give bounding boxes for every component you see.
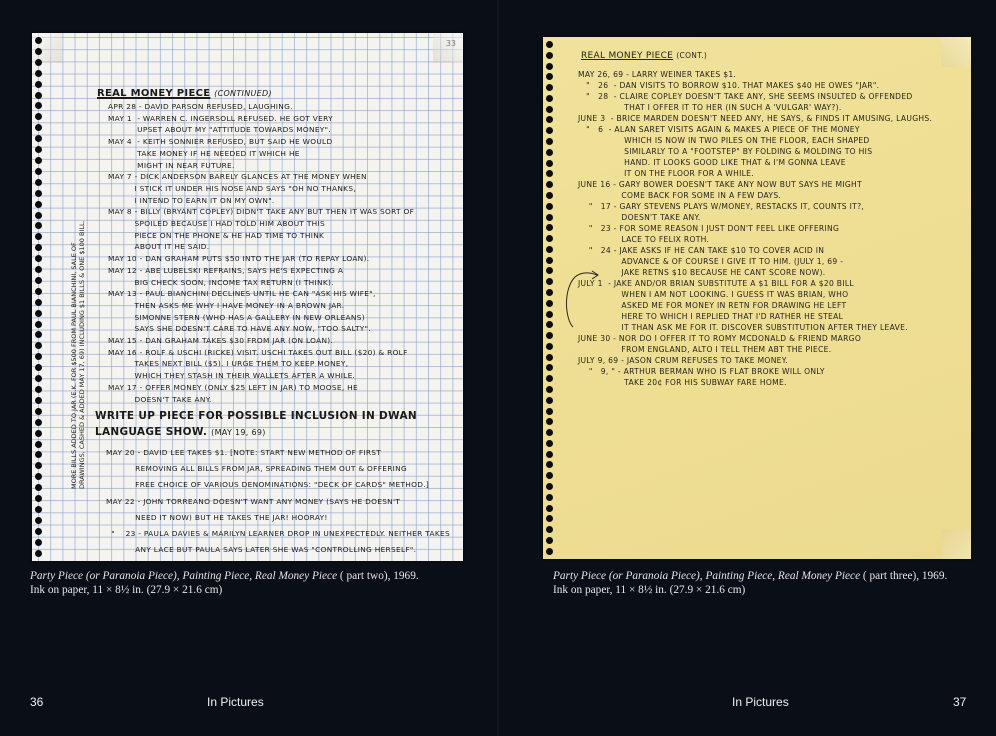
spiral-hole bbox=[546, 73, 553, 80]
handwritten-line: " 17 - GARY STEVENS PLAYS W/MONEY, RESTA… bbox=[578, 201, 932, 212]
spiral-hole bbox=[35, 190, 42, 197]
title-suffix: (CONTINUED) bbox=[214, 89, 272, 98]
handwritten-line: " 23 - PAULA DAVIES & MARILYN LEARNER DR… bbox=[106, 526, 450, 542]
caption-date: ( part three), 1969. bbox=[860, 570, 947, 582]
spiral-hole bbox=[546, 397, 553, 404]
spiral-hole bbox=[546, 52, 553, 59]
spiral-hole bbox=[546, 526, 553, 533]
spiral-holes bbox=[35, 37, 44, 557]
spiral-hole bbox=[35, 321, 42, 328]
left-caption: Party Piece (or Paranoia Piece), Paintin… bbox=[30, 570, 419, 597]
spiral-hole bbox=[546, 440, 553, 447]
handwritten-line: THEN ASKS ME WHY I HAVE MONEY IN A BROWN… bbox=[108, 300, 414, 312]
spiral-holes bbox=[546, 41, 555, 555]
spiral-hole bbox=[35, 310, 42, 317]
handwritten-line: " 23 - FOR SOME REASON I JUST DON'T FEEL… bbox=[578, 223, 932, 234]
right-caption: Party Piece (or Paranoia Piece), Paintin… bbox=[553, 570, 947, 597]
spiral-hole bbox=[546, 95, 553, 102]
handwritten-line: WHEN I AM NOT LOOKING. I GUESS IT WAS BR… bbox=[578, 289, 932, 300]
handwritten-line: MIGHT IN NEAR FUTURE. bbox=[108, 160, 414, 172]
spiral-hole bbox=[35, 430, 42, 437]
spiral-hole bbox=[35, 506, 42, 513]
spiral-hole bbox=[35, 419, 42, 426]
spiral-hole bbox=[35, 299, 42, 306]
handwritten-line: I STICK IT UNDER HIS NOSE AND SAYS "OH N… bbox=[108, 183, 414, 195]
corner-fold bbox=[941, 529, 971, 559]
spiral-hole bbox=[35, 37, 42, 44]
handwritten-line: JULY 1 - JAKE AND/OR BRIAN SUBSTITUTE A … bbox=[578, 278, 932, 289]
spiral-hole bbox=[35, 364, 42, 371]
handwritten-line: MAY 12 - ABE LUBELSKI REFRAINS, SAYS HE'… bbox=[108, 265, 414, 277]
handwritten-line: REMOVING ALL BILLS FROM JAR, SPREADING T… bbox=[106, 461, 450, 477]
spiral-hole bbox=[546, 214, 553, 221]
corner-fold bbox=[433, 33, 463, 63]
spiral-hole bbox=[546, 354, 553, 361]
page-number-right: 37 bbox=[953, 695, 966, 709]
handwritten-line: JUNE 30 - NOR DO I OFFER IT TO ROMY McDO… bbox=[578, 333, 932, 344]
margin-note: MORE BILLS ADDED TO JAR (E.K. FOR $500 F… bbox=[70, 220, 86, 489]
spiral-hole bbox=[546, 41, 553, 48]
handwritten-entries: MAY 26, 69 - LARRY WEINER TAKES $1. " 26… bbox=[578, 69, 932, 388]
handwritten-line: HERE TO WHICH I REPLIED THAT I'D RATHER … bbox=[578, 311, 932, 322]
spiral-hole bbox=[546, 203, 553, 210]
spiral-hole bbox=[546, 63, 553, 70]
spiral-hole bbox=[546, 84, 553, 91]
handwritten-line: SIMONNE STERN (WHO HAS A GALLERY IN NEW … bbox=[108, 312, 414, 324]
handwritten-entries: APR 28 - DAVID PARSON REFUSED, LAUGHING.… bbox=[108, 101, 414, 405]
write-up-note: WRITE UP PIECE FOR POSSIBLE INCLUSION IN… bbox=[95, 408, 417, 441]
spiral-hole bbox=[546, 160, 553, 167]
sheet-page-number: 33 bbox=[446, 39, 456, 48]
spiral-hole bbox=[35, 146, 42, 153]
handwritten-line: IT ON THE FLOOR FOR A WHILE. bbox=[578, 168, 932, 179]
spiral-hole bbox=[35, 462, 42, 469]
handwritten-line: LACE TO FELIX ROTH. bbox=[578, 234, 932, 245]
caption-medium: Ink on paper, 11 × 8½ in. (27.9 × 21.6 c… bbox=[553, 584, 947, 598]
title-suffix: (CONT.) bbox=[676, 51, 707, 60]
handwritten-line: COME BACK FOR SOME IN A FEW DAYS. bbox=[578, 190, 932, 201]
spiral-hole bbox=[35, 48, 42, 55]
spiral-hole bbox=[546, 127, 553, 134]
spiral-hole bbox=[35, 102, 42, 109]
handwritten-line: ADVANCE & OF COURSE I GIVE IT TO HIM. (J… bbox=[578, 256, 932, 267]
title-text: REAL MONEY PIECE bbox=[97, 88, 210, 99]
handwritten-line: WHICH THEY STASH IN THEIR WALLETS AFTER … bbox=[108, 370, 414, 382]
spiral-hole bbox=[546, 343, 553, 350]
spiral-hole bbox=[35, 288, 42, 295]
spiral-hole bbox=[546, 257, 553, 264]
handwritten-line: UPSET ABOUT MY "ATTITUDE TOWARDS MONEY". bbox=[108, 124, 414, 136]
handwritten-line: MAY 16 - ROLF & USCHI (RICKE) VISIT. USC… bbox=[108, 347, 414, 359]
caption-medium: Ink on paper, 11 × 8½ in. (27.9 × 21.6 c… bbox=[30, 584, 419, 598]
spiral-hole bbox=[35, 168, 42, 175]
right-notebook-sheet: REAL MONEY PIECE (CONT.) MAY 26, 69 - LA… bbox=[543, 37, 971, 559]
handwritten-line: MAY 1 - WARREN C. INGERSOLL REFUSED. HE … bbox=[108, 113, 414, 125]
handwritten-line: ANY LACE BUT PAULA SAYS LATER SHE WAS "C… bbox=[106, 542, 450, 558]
spiral-hole bbox=[35, 201, 42, 208]
handwritten-line: " 25 - ALAN SARET TAKES ALL THE MONEY FO… bbox=[106, 558, 450, 561]
handwritten-line: MAY 17 - OFFER MONEY (ONLY $25 LEFT IN J… bbox=[108, 382, 414, 394]
bold-line: WRITE UP PIECE FOR POSSIBLE INCLUSION IN… bbox=[95, 408, 417, 424]
spiral-hole bbox=[35, 495, 42, 502]
margin-note-line: DRAWINGS, CASHED & ADDED MAY 17, 69) INC… bbox=[78, 220, 86, 489]
handwritten-line: " 26 - DAN VISITS TO BORROW $10. THAT MA… bbox=[578, 80, 932, 91]
handwritten-line: MAY 8 - BILLY (BRYANT COPLEY) DIDN'T TAK… bbox=[108, 206, 414, 218]
handwritten-line: ASKED ME FOR MONEY IN RETN FOR DRAWING H… bbox=[578, 300, 932, 311]
spiral-hole bbox=[35, 375, 42, 382]
spiral-hole bbox=[35, 408, 42, 415]
spiral-hole bbox=[35, 135, 42, 142]
handwritten-line: DOESN'T TAKE ANY. bbox=[108, 394, 414, 406]
margin-note-line: MORE BILLS ADDED TO JAR (E.K. FOR $500 F… bbox=[70, 220, 78, 489]
spiral-hole bbox=[546, 311, 553, 318]
spiral-hole bbox=[35, 124, 42, 131]
spiral-hole bbox=[546, 537, 553, 544]
handwritten-line: MAY 20 - DAVID LEE TAKES $1. [NOTE: STAR… bbox=[106, 445, 450, 461]
handwritten-line: I INTEND TO EARN IT ON MY OWN". bbox=[108, 195, 414, 207]
spiral-hole bbox=[35, 113, 42, 120]
spiral-hole bbox=[35, 386, 42, 393]
spiral-hole bbox=[35, 266, 42, 273]
spiral-hole bbox=[546, 181, 553, 188]
handwritten-line: " 9, " - ARTHUR BERMAN WHO IS FLAT BROKE… bbox=[578, 366, 932, 377]
spiral-hole bbox=[546, 375, 553, 382]
spiral-hole bbox=[35, 342, 42, 349]
spiral-hole bbox=[35, 441, 42, 448]
spiral-hole bbox=[546, 235, 553, 242]
handwritten-line: BIG CHECK SOON, INCOME TAX RETURN (I THI… bbox=[108, 277, 414, 289]
spiral-hole bbox=[546, 451, 553, 458]
spiral-hole bbox=[35, 539, 42, 546]
handwritten-line: " 28 - CLAIRE COPLEY DOESN'T TAKE ANY, S… bbox=[578, 91, 932, 102]
spiral-hole bbox=[35, 244, 42, 251]
spiral-hole bbox=[35, 484, 42, 491]
spiral-hole bbox=[546, 548, 553, 555]
handwritten-line: JUNE 3 - BRICE MARDEN DOESN'T NEED ANY, … bbox=[578, 113, 932, 124]
handwritten-line: NEED IT NOW) BUT HE TAKES THE JAR! HOORA… bbox=[106, 510, 450, 526]
handwritten-line: ABOUT IT HE SAID. bbox=[108, 241, 414, 253]
spiral-hole bbox=[35, 70, 42, 77]
spiral-hole bbox=[35, 277, 42, 284]
handwritten-line: FROM ENGLAND, ALTO I TELL THEM ABT THE P… bbox=[578, 344, 932, 355]
spiral-hole bbox=[35, 550, 42, 557]
running-head-right: In Pictures bbox=[732, 695, 789, 709]
spiral-hole bbox=[546, 321, 553, 328]
spiral-hole bbox=[35, 255, 42, 262]
caption-title: Party Piece (or Paranoia Piece), Paintin… bbox=[30, 570, 337, 582]
spiral-hole bbox=[35, 353, 42, 360]
spiral-hole bbox=[546, 515, 553, 522]
bold-suffix: (MAY 19, 69) bbox=[211, 428, 265, 437]
spiral-hole bbox=[35, 81, 42, 88]
handwritten-line: PIECE ON THE PHONE & HE HAD TIME TO THIN… bbox=[108, 230, 414, 242]
spiral-hole bbox=[35, 157, 42, 164]
spiral-hole bbox=[546, 300, 553, 307]
caption-date: ( part two), 1969. bbox=[337, 570, 419, 582]
running-head-left: In Pictures bbox=[207, 695, 264, 709]
handwritten-line: MAY 22 - JOHN TORREANO DOESN'T WANT ANY … bbox=[106, 494, 450, 510]
handwritten-line: IT THAN ASK ME FOR IT. DISCOVER SUBSTITU… bbox=[578, 322, 932, 333]
spread-gutter bbox=[497, 0, 499, 736]
handwritten-line: FREE CHOICE OF VARIOUS DENOMINATIONS: "D… bbox=[106, 477, 450, 493]
spiral-hole bbox=[546, 418, 553, 425]
spiral-hole bbox=[546, 364, 553, 371]
handwritten-entries-after: MAY 20 - DAVID LEE TAKES $1. [NOTE: STAR… bbox=[106, 445, 450, 561]
handwritten-line: JUNE 16 - GARY BOWER DOESN'T TAKE ANY NO… bbox=[578, 179, 932, 190]
spiral-hole bbox=[546, 224, 553, 231]
handwritten-line: MAY 13 - PAUL BIANCHINI DECLINES UNTIL H… bbox=[108, 288, 414, 300]
spiral-hole bbox=[546, 429, 553, 436]
handwritten-line: APR 28 - DAVID PARSON REFUSED, LAUGHING. bbox=[108, 101, 414, 113]
spiral-hole bbox=[35, 59, 42, 66]
spiral-hole bbox=[546, 106, 553, 113]
handwritten-line: HAND. IT LOOKS GOOD LIKE THAT & I'M GONN… bbox=[578, 157, 932, 168]
spiral-hole bbox=[546, 246, 553, 253]
spiral-hole bbox=[35, 179, 42, 186]
spiral-hole bbox=[35, 528, 42, 535]
handwritten-line: JAKE RETNS $10 BECAUSE HE CANT SCORE NOW… bbox=[578, 267, 932, 278]
page-number-left: 36 bbox=[30, 695, 43, 709]
handwritten-line: TAKE MONEY IF HE NEEDED IT WHICH HE bbox=[108, 148, 414, 160]
spiral-hole bbox=[35, 517, 42, 524]
handwritten-line: THAT I OFFER IT TO HER (IN SUCH A 'VULGA… bbox=[578, 102, 932, 113]
spiral-hole bbox=[546, 461, 553, 468]
corner-fold bbox=[941, 37, 971, 67]
spiral-hole bbox=[546, 472, 553, 479]
handwritten-line: " 6 - ALAN SARET VISITS AGAIN & MAKES A … bbox=[578, 124, 932, 135]
handwritten-line: SPOILED BECAUSE I HAD TOLD HIM ABOUT THI… bbox=[108, 218, 414, 230]
title-text: REAL MONEY PIECE bbox=[581, 51, 673, 61]
handwritten-line: WHICH IS NOW IN TWO PILES ON THE FLOOR, … bbox=[578, 135, 932, 146]
spiral-hole bbox=[546, 149, 553, 156]
spiral-hole bbox=[35, 397, 42, 404]
spiral-hole bbox=[546, 289, 553, 296]
spiral-hole bbox=[546, 116, 553, 123]
spiral-hole bbox=[546, 138, 553, 145]
handwritten-line: TAKES NEXT BILL ($5). I URGE THEM TO KEE… bbox=[108, 358, 414, 370]
handwritten-line: " 24 - JAKE ASKS IF HE CAN TAKE $10 TO C… bbox=[578, 245, 932, 256]
spiral-hole bbox=[546, 192, 553, 199]
spiral-hole bbox=[546, 505, 553, 512]
left-notebook-sheet: 33 REAL MONEY PIECE (CONTINUED) MORE BIL… bbox=[32, 33, 463, 561]
bold-line: LANGUAGE SHOW. bbox=[95, 426, 207, 438]
spiral-hole bbox=[35, 451, 42, 458]
handwritten-line: MAY 15 - DAN GRAHAM TAKES $30 FROM JAR (… bbox=[108, 335, 414, 347]
spiral-hole bbox=[546, 494, 553, 501]
handwritten-line: SIMILARLY TO A "FOOTSTEP" BY FOLDING & M… bbox=[578, 146, 932, 157]
handwritten-line: MAY 10 - DAN GRAHAM PUTS $50 INTO THE JA… bbox=[108, 253, 414, 265]
spiral-hole bbox=[35, 331, 42, 338]
spiral-hole bbox=[546, 267, 553, 274]
spiral-hole bbox=[35, 222, 42, 229]
spiral-hole bbox=[35, 212, 42, 219]
spiral-hole bbox=[546, 483, 553, 490]
spiral-hole bbox=[546, 170, 553, 177]
spiral-hole bbox=[35, 233, 42, 240]
caption-title: Party Piece (or Paranoia Piece), Paintin… bbox=[553, 570, 860, 582]
spiral-hole bbox=[546, 278, 553, 285]
handwritten-line: TAKE 20¢ FOR HIS SUBWAY FARE HOME. bbox=[578, 377, 932, 388]
handwritten-line: MAY 26, 69 - LARRY WEINER TAKES $1. bbox=[578, 69, 932, 80]
handwritten-line: JULY 9, 69 - JASON CRUM REFUSES TO TAKE … bbox=[578, 355, 932, 366]
handwritten-line: SAYS SHE DOESN'T CARE TO HAVE ANY NOW, "… bbox=[108, 323, 414, 335]
spiral-hole bbox=[546, 408, 553, 415]
sheet-title: REAL MONEY PIECE (CONT.) bbox=[581, 50, 707, 62]
spiral-hole bbox=[35, 92, 42, 99]
spiral-hole bbox=[546, 386, 553, 393]
handwritten-line: MAY 7 - DICK ANDERSON BARELY GLANCES AT … bbox=[108, 171, 414, 183]
spiral-hole bbox=[35, 473, 42, 480]
spiral-hole bbox=[546, 332, 553, 339]
handwritten-line: DOESN'T TAKE ANY. bbox=[578, 212, 932, 223]
handwritten-line: MAY 4 - KEITH SONNIER REFUSED, BUT SAID … bbox=[108, 136, 414, 148]
